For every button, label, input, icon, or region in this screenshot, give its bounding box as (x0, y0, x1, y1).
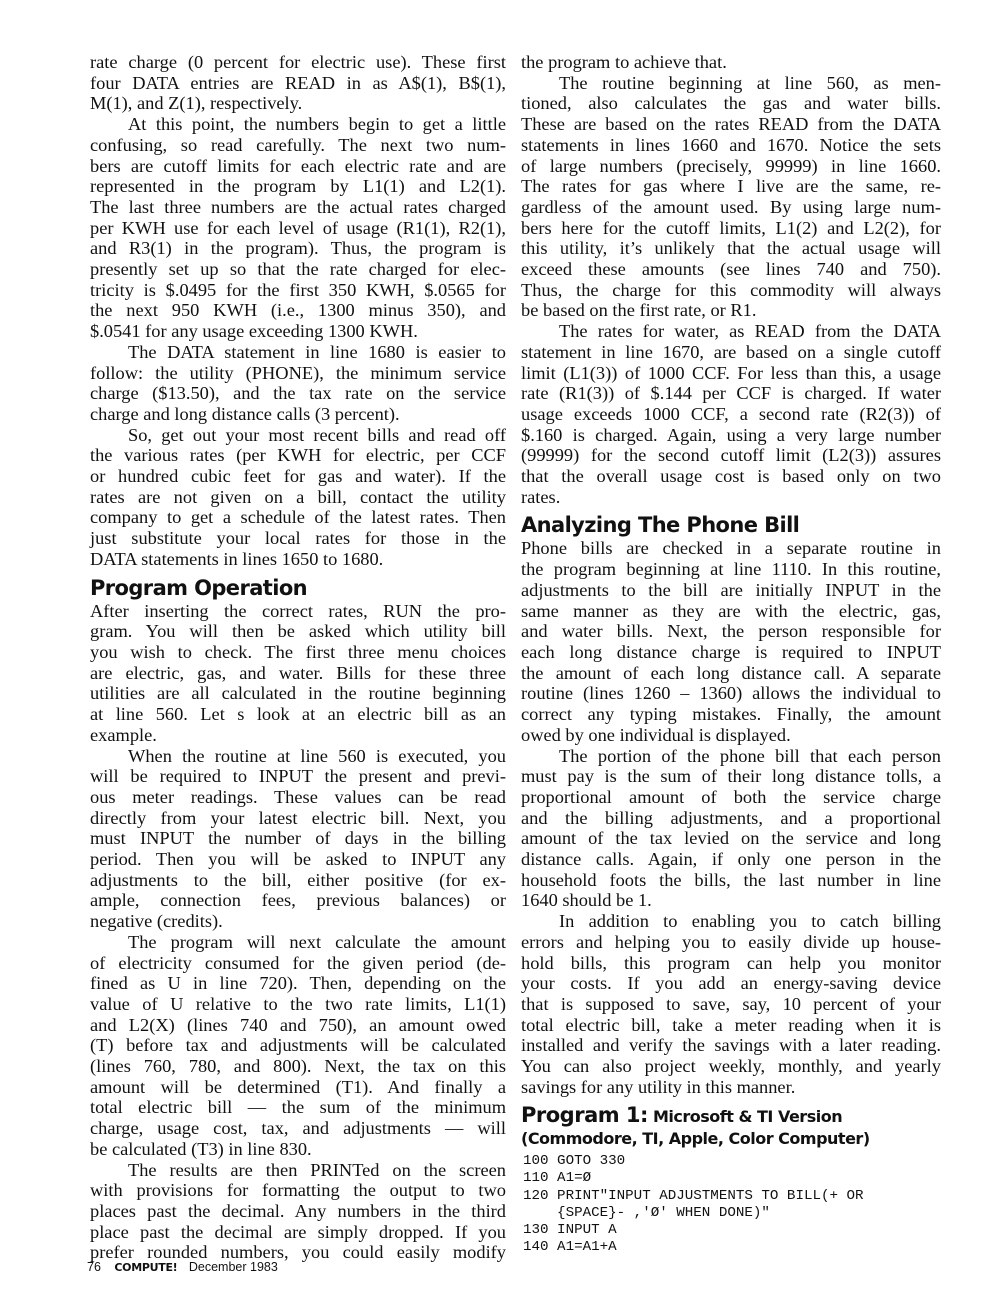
text-line: places past the decimal. Any numbers in … (90, 1201, 506, 1222)
text-line: The rates for gas where I live are the s… (521, 176, 941, 197)
paragraph: The DATA statement in line 1680 is easie… (90, 342, 506, 425)
magazine-page: rate charge (0 percent for electric use)… (0, 0, 1000, 1303)
text-line: gram. You will then be asked which utili… (90, 621, 506, 642)
text-line: errors and helping you to easily divide … (521, 932, 941, 953)
program-platforms: (Commodore, TI, Apple, Color Computer) (521, 1128, 941, 1150)
text-line: exceed these amounts (see lines 740 and … (521, 259, 941, 280)
text-line: tioned, also calculates the gas and wate… (521, 93, 941, 114)
text-line: of electricity consumed for the given pe… (90, 953, 506, 974)
text-line: must pay is the sum of their long distan… (521, 766, 941, 787)
text-line: you wish to check. The first three menu … (90, 642, 506, 663)
text-line: amount of the tax levied on the service … (521, 828, 941, 849)
paragraph: The results are then PRINTed on the scre… (90, 1160, 506, 1264)
text-line: limit (L1(3)) of 1000 CCF. For less than… (521, 363, 941, 384)
code-line: 120 PRINT"INPUT ADJUSTMENTS TO BILL(+ OR (523, 1188, 941, 1205)
text-line: correct any typing mistakes. Finally, th… (521, 704, 941, 725)
text-line: presently set up so that the rate charge… (90, 259, 506, 280)
text-line: statements in lines 1660 and 1670. Notic… (521, 135, 941, 156)
section-heading: Program Operation (90, 576, 506, 600)
text-line: The program will next calculate the amou… (90, 932, 506, 953)
text-line: (T) before tax and adjustments will be c… (90, 1035, 506, 1056)
paragraph: After inserting the correct rates, RUN t… (90, 601, 506, 746)
paragraph: So, get out your most recent bills and r… (90, 425, 506, 570)
text-line: statement in line 1670, are based on a s… (521, 342, 941, 363)
text-line: the amount of each long distance call. A… (521, 663, 941, 684)
text-line: After inserting the correct rates, RUN t… (90, 601, 506, 622)
text-line: same manner as they are with the electri… (521, 601, 941, 622)
text-line: distance calls. Again, if only one perso… (521, 849, 941, 870)
code-line: 100 GOTO 330 (523, 1153, 941, 1170)
text-line: gardless of the amount used. By using la… (521, 197, 941, 218)
text-line: charge ($13.50), and the tax rate on the… (90, 383, 506, 404)
text-line: rate charge (0 percent for electric use)… (90, 52, 506, 73)
text-line: period. Then you will be asked to INPUT … (90, 849, 506, 870)
text-line: the program to achieve that. (521, 52, 941, 73)
text-line: confusing, so read carefully. The next t… (90, 135, 506, 156)
text-line: are electric, gas, and water. Bills for … (90, 663, 506, 684)
code-line: 130 INPUT A (523, 1222, 941, 1239)
left-column: rate charge (0 percent for electric use)… (90, 52, 506, 1263)
text-line: four DATA entries are READ in as A$(1), … (90, 73, 506, 94)
section-heading: Analyzing The Phone Bill (521, 513, 941, 537)
text-line: fined as U in line 720). Then, depending… (90, 973, 506, 994)
text-line: negative (credits). (90, 911, 506, 932)
text-line: amount will be determined (T1). And fina… (90, 1077, 506, 1098)
text-line: and water bills. Next, the person respon… (521, 621, 941, 642)
text-line: $.160 is charged. Again, using a very la… (521, 425, 941, 446)
text-line: $.0541 for any usage exceeding 1300 KWH. (90, 321, 506, 342)
paragraph: The rates for water, as READ from the DA… (521, 321, 941, 507)
text-line: per KWH use for each level of usage (R1(… (90, 218, 506, 239)
text-line: company to get a schedule of the latest … (90, 507, 506, 528)
paragraph: When the routine at line 560 is executed… (90, 746, 506, 932)
text-line: rate (R1(3)) of $.144 per CCF is charged… (521, 383, 941, 404)
text-line: proportional amount of both the service … (521, 787, 941, 808)
text-line: usage exceeds 1000 CCF, a second rate (R… (521, 404, 941, 425)
text-line: will be required to INPUT the present an… (90, 766, 506, 787)
program-version: Microsoft & TI Version (648, 1107, 842, 1126)
text-line: savings for any utility in this manner. (521, 1077, 941, 1098)
text-line: total electric bill, take a meter readin… (521, 1015, 941, 1036)
text-line: value of U relative to the two rate limi… (90, 994, 506, 1015)
text-line: your costs. If you add an energy-saving … (521, 973, 941, 994)
text-line: adjustments to the bill are initially IN… (521, 580, 941, 601)
text-line: 1640 should be 1. (521, 890, 941, 911)
text-line: example. (90, 725, 506, 746)
text-line: The last three numbers are the actual ra… (90, 197, 506, 218)
text-line: At this point, the numbers begin to get … (90, 114, 506, 135)
text-line: The portion of the phone bill that each … (521, 746, 941, 767)
text-line: the program beginning at line 1110. In t… (521, 559, 941, 580)
paragraph: The routine beginning at line 560, as me… (521, 73, 941, 321)
text-line: When the routine at line 560 is executed… (90, 746, 506, 767)
text-line: represented in the program by L1(1) and … (90, 176, 506, 197)
text-line: directly from your latest electric bill.… (90, 808, 506, 829)
paragraph: In addition to enabling you to catch bil… (521, 911, 941, 1097)
text-line: and the billing adjustments, and a propo… (521, 808, 941, 829)
text-line: with provisions for formatting the outpu… (90, 1180, 506, 1201)
text-line: rates are not given on a bill, contact t… (90, 487, 506, 508)
text-line: of large numbers (precisely, 99999) in l… (521, 156, 941, 177)
text-line: bers here for the cutoff limits, L1(2) a… (521, 218, 941, 239)
text-line: The DATA statement in line 1680 is easie… (90, 342, 506, 363)
text-line: must INPUT the number of days in the bil… (90, 828, 506, 849)
issue-date: December 1983 (189, 1260, 278, 1274)
paragraph: Phone bills are checked in a separate ro… (521, 538, 941, 745)
text-line: and R3(1) in the program). Thus, the pro… (90, 238, 506, 259)
text-line: Thus, the charge for this commodity will… (521, 280, 941, 301)
text-line: that is supposed to save, say, 10 percen… (521, 994, 941, 1015)
text-line: this utility, it’s unlikely that the act… (521, 238, 941, 259)
text-line: owed by one individual is displayed. (521, 725, 941, 746)
right-column: the program to achieve that.The routine … (521, 52, 941, 1256)
text-line: (99999) for the second cutoff limit (L2(… (521, 445, 941, 466)
text-line: tricity is $.0495 for the first 350 KWH,… (90, 280, 506, 301)
text-line: bers are cutoff limits for each electric… (90, 156, 506, 177)
text-line: the next 950 KWH (i.e., 1300 minus 350),… (90, 300, 506, 321)
text-line: Phone bills are checked in a separate ro… (521, 538, 941, 559)
text-line: DATA statements in lines 1650 to 1680. (90, 549, 506, 570)
code-line: 140 A1=A1+A (523, 1239, 941, 1256)
text-line: The results are then PRINTed on the scre… (90, 1160, 506, 1181)
code-listing: 100 GOTO 330110 A1=Ø120 PRINT"INPUT ADJU… (523, 1153, 941, 1256)
text-line: installed and verify the savings with a … (521, 1035, 941, 1056)
text-line: The routine beginning at line 560, as me… (521, 73, 941, 94)
text-line: just substitute your local rates for tho… (90, 528, 506, 549)
text-line: (lines 760, 780, and 800). Next, the tax… (90, 1056, 506, 1077)
text-line: or hundred cubic feet for gas and water)… (90, 466, 506, 487)
paragraph: At this point, the numbers begin to get … (90, 114, 506, 342)
code-line: 110 A1=Ø (523, 1170, 941, 1187)
text-line: So, get out your most recent bills and r… (90, 425, 506, 446)
page-footer: 76 COMPUTE! December 1983 (87, 1260, 278, 1274)
text-line: You can also project weekly, monthly, an… (521, 1056, 941, 1077)
text-line: charge, usage cost, tax, and adjustments… (90, 1118, 506, 1139)
page-number: 76 (87, 1260, 101, 1274)
text-line: at line 560. Let s look at an electric b… (90, 704, 506, 725)
text-line: utilities are all calculated in the rout… (90, 683, 506, 704)
text-line: total electric bill — the sum of the min… (90, 1097, 506, 1118)
text-line: be based on the first rate, or R1. (521, 300, 941, 321)
paragraph: rate charge (0 percent for electric use)… (90, 52, 506, 114)
text-line: each long distance charge is required to… (521, 642, 941, 663)
text-line: ample, connection fees, previous balance… (90, 890, 506, 911)
text-line: be calculated (T3) in line 830. (90, 1139, 506, 1160)
paragraph: The portion of the phone bill that each … (521, 746, 941, 912)
text-line: routine (lines 1260 – 1360) allows the i… (521, 683, 941, 704)
text-line: the various rates (per KWH for electric,… (90, 445, 506, 466)
text-line: place past the decimal are simply droppe… (90, 1222, 506, 1243)
text-line: In addition to enabling you to catch bil… (521, 911, 941, 932)
paragraph: The program will next calculate the amou… (90, 932, 506, 1160)
text-line: ous meter readings. These values can be … (90, 787, 506, 808)
text-line: household foots the bills, the last numb… (521, 870, 941, 891)
magazine-name: COMPUTE! (114, 1261, 177, 1274)
text-line: that the overall usage cost is based onl… (521, 466, 941, 487)
text-line: follow: the utility (PHONE), the minimum… (90, 363, 506, 384)
text-line: charge and long distance calls (3 percen… (90, 404, 506, 425)
code-line: {SPACE}- ,'Ø' WHEN DONE)" (523, 1205, 941, 1222)
text-line: rates. (521, 487, 941, 508)
program-listing-title: Program 1: Microsoft & TI Version (521, 1105, 941, 1128)
text-line: hold bills, this program can help you mo… (521, 953, 941, 974)
text-line: and L2(X) (lines 740 and 750), an amount… (90, 1015, 506, 1036)
text-line: These are based on the rates READ from t… (521, 114, 941, 135)
text-line: The rates for water, as READ from the DA… (521, 321, 941, 342)
text-line: M(1), and Z(1), respectively. (90, 93, 506, 114)
paragraph: the program to achieve that. (521, 52, 941, 73)
text-line: adjustments to the bill, either positive… (90, 870, 506, 891)
program-number: Program 1: (521, 1103, 648, 1127)
